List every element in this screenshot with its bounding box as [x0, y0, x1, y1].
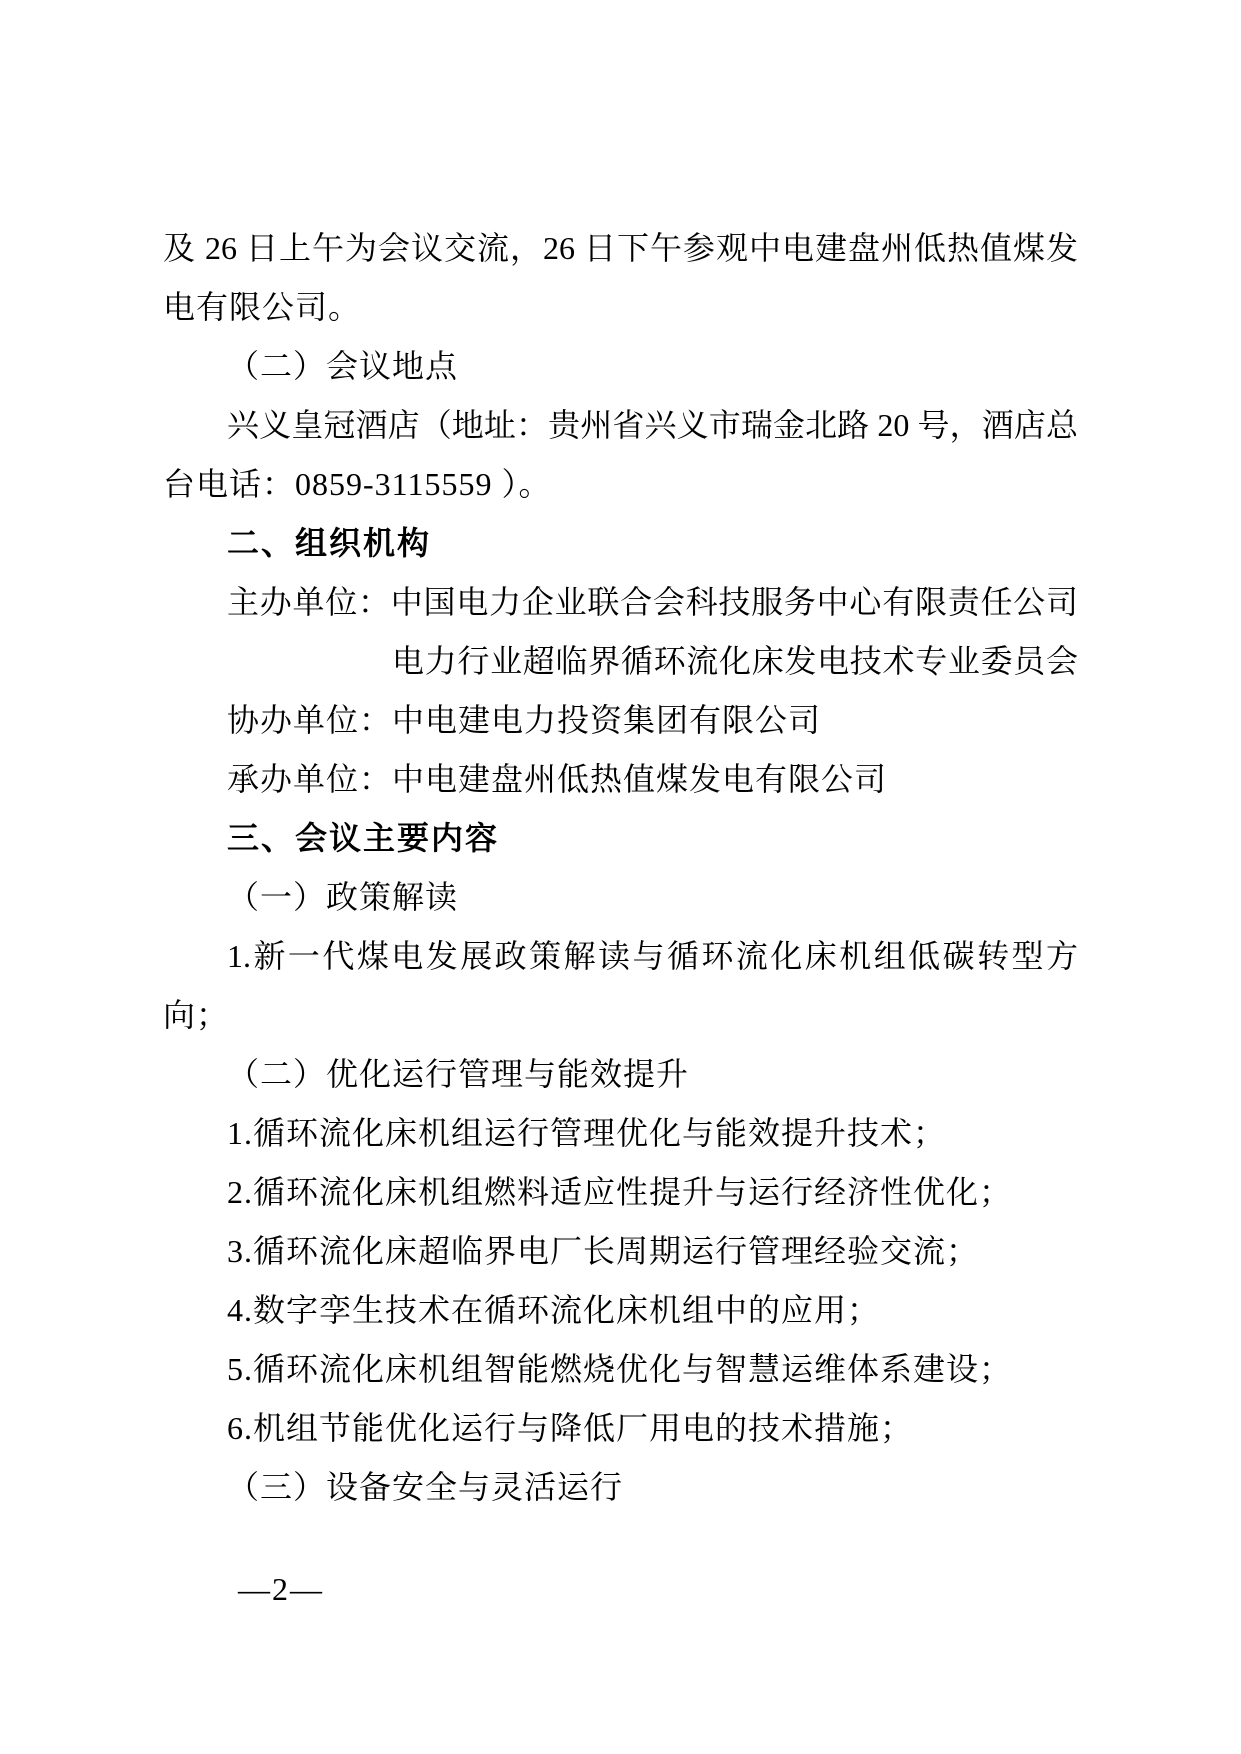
- subsection-heading-policy: （一）政策解读: [163, 868, 1078, 927]
- organizer-line: 主办单位：中国电力企业联合会科技服务中心有限责任公司: [163, 573, 1078, 632]
- paragraph-line: 台电话：0859-3115559 ）。: [163, 455, 1078, 514]
- numbered-item: 3.循环流化床超临界电厂长周期运行管理经验交流；: [163, 1222, 1078, 1281]
- section-heading-organizers: 二、组织机构: [163, 514, 1078, 573]
- numbered-item: 2.循环流化床机组燃料适应性提升与运行经济性优化；: [163, 1163, 1078, 1222]
- document-page: 及 26 日上午为会议交流，26 日下午参观中电建盘州低热值煤发 电有限公司。 …: [0, 0, 1241, 1754]
- numbered-item: 5.循环流化床机组智能燃烧优化与智慧运维体系建设；: [163, 1340, 1078, 1399]
- co-organizer-line: 协办单位：中电建电力投资集团有限公司: [163, 691, 1078, 750]
- paragraph-line: 兴义皇冠酒店（地址：贵州省兴义市瑞金北路 20 号，酒店总: [163, 396, 1078, 455]
- numbered-item: 1.循环流化床机组运行管理优化与能效提升技术；: [163, 1104, 1078, 1163]
- paragraph-line: 及 26 日上午为会议交流，26 日下午参观中电建盘州低热值煤发: [163, 219, 1078, 278]
- subsection-heading-venue: （二）会议地点: [163, 337, 1078, 396]
- numbered-item: 4.数字孪生技术在循环流化床机组中的应用；: [163, 1281, 1078, 1340]
- numbered-item-line: 向；: [163, 986, 1078, 1045]
- organizer-line-continuation: 电力行业超临界循环流化床发电技术专业委员会: [392, 632, 1078, 691]
- paragraph-line: 电有限公司。: [163, 278, 1078, 337]
- numbered-item: 6.机组节能优化运行与降低厂用电的技术措施；: [163, 1399, 1078, 1458]
- subsection-heading-operation: （二）优化运行管理与能效提升: [163, 1045, 1078, 1104]
- numbered-item-line: 1.新一代煤电发展政策解读与循环流化床机组低碳转型方: [163, 927, 1078, 986]
- subsection-heading-safety: （三）设备安全与灵活运行: [163, 1458, 1078, 1517]
- section-heading-agenda: 三、会议主要内容: [163, 809, 1078, 868]
- page-number: —2—: [238, 1561, 324, 1617]
- host-organizer-line: 承办单位：中电建盘州低热值煤发电有限公司: [163, 750, 1078, 809]
